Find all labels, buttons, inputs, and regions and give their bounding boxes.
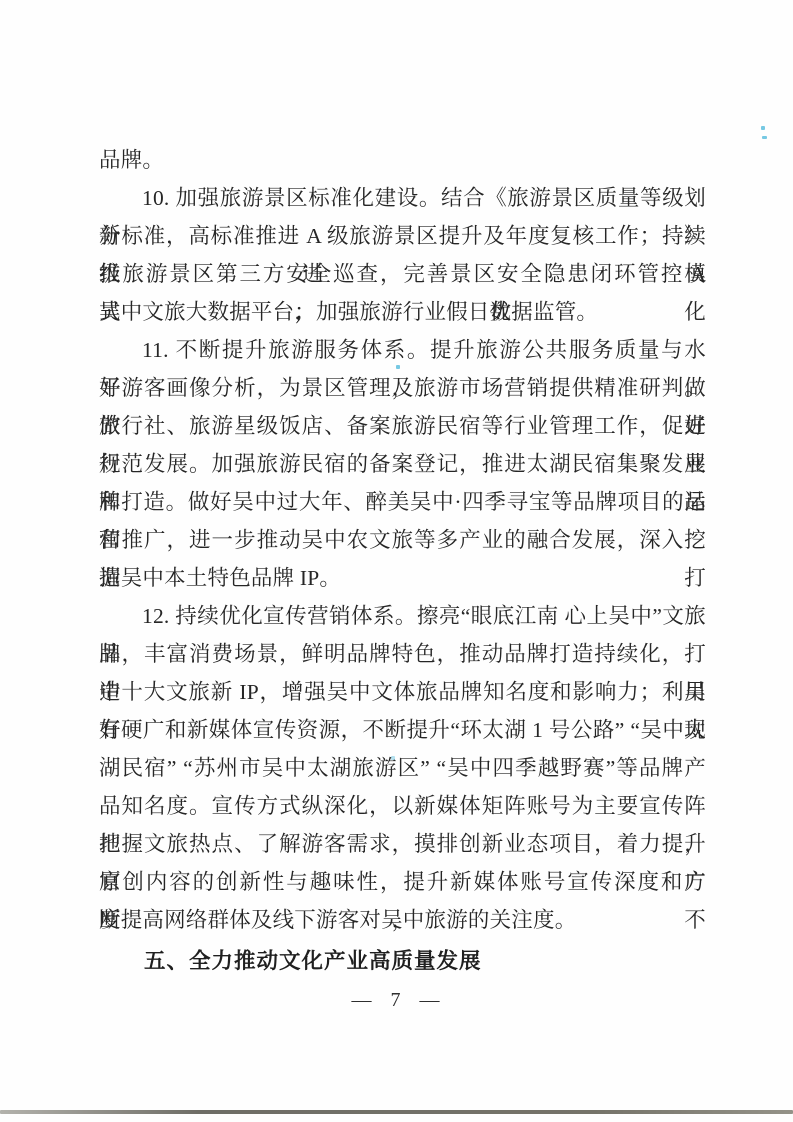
text-line: 级旅游景区第三方安全巡查，完善景区安全隐患闭环管控模式；优化 xyxy=(99,255,706,293)
section-heading: 五、全力推动文化产业高质量发展 xyxy=(99,941,706,981)
text-line: 和推广，进一步推动吴中农文旅等多产业的融合发展，深入挖掘打 xyxy=(99,521,706,559)
text-line: 10. 加强旅游景区标准化建设。结合《旅游景区质量等级划分》 xyxy=(99,179,706,217)
document-body: 品牌。10. 加强旅游景区标准化建设。结合《旅游景区质量等级划分》新标准，高标准… xyxy=(99,141,706,981)
paragraph-block: 品牌。10. 加强旅游景区标准化建设。结合《旅游景区质量等级划分》新标准，高标准… xyxy=(99,141,706,939)
text-line: 旅行社、旅游星级饭店、备案旅游民宿等行业管理工作，促进行业 xyxy=(99,407,706,445)
text-line: 原创内容的创新性与趣味性，提升新媒体账号宣传深度和广度，不 xyxy=(99,863,706,901)
scan-artifact-dot xyxy=(762,136,767,139)
text-line: 中十大文旅新 IP，增强吴中文体旅品牌知名度和影响力；利用好现 xyxy=(99,673,706,711)
text-line: 新标准，高标准推进 A 级旅游景区提升及年度复核工作；持续推进 A xyxy=(99,217,706,255)
text-line: 品知名度。宣传方式纵深化，以新媒体矩阵账号为主要宣传阵地， xyxy=(99,787,706,825)
scan-artifact-dot xyxy=(391,756,395,760)
scan-artifact-dot xyxy=(396,365,400,369)
scan-artifact-dot xyxy=(761,126,765,130)
text-line: 品牌。 xyxy=(99,141,706,179)
text-line: 牌，丰富消费场景，鲜明品牌特色，推动品牌打造持续化，打造吴 xyxy=(99,635,706,673)
text-line: 把握文旅热点、了解游客需求，摸排创新业态项目，着力提升官方 xyxy=(99,825,706,863)
document-page: 品牌。10. 加强旅游景区标准化建设。结合《旅游景区质量等级划分》新标准，高标准… xyxy=(0,0,793,1122)
text-line: 湖民宿” “苏州市吴中太湖旅游区” “吴中四季越野赛”等品牌产 xyxy=(99,749,706,787)
text-line: 11. 不断提升旅游服务体系。提升旅游公共服务质量与水平，做 xyxy=(99,331,706,369)
text-line: 规范发展。加强旅游民宿的备案登记，推进太湖民宿集聚发展和品 xyxy=(99,445,706,483)
text-line: 有硬广和新媒体宣传资源，不断提升“环太湖 1 号公路” “吴中太 xyxy=(99,711,706,749)
text-line: 牌打造。做好吴中过大年、醉美吴中·四季寻宝等品牌项目的运营 xyxy=(99,483,706,521)
text-line: 12. 持续优化宣传营销体系。擦亮“眼底江南 心上吴中”文旅品 xyxy=(99,597,706,635)
page-number: — 7 — xyxy=(0,984,793,1016)
text-line: 好游客画像分析，为景区管理及旅游市场营销提供精准研判。做好 xyxy=(99,369,706,407)
scan-edge-line xyxy=(0,1110,793,1114)
